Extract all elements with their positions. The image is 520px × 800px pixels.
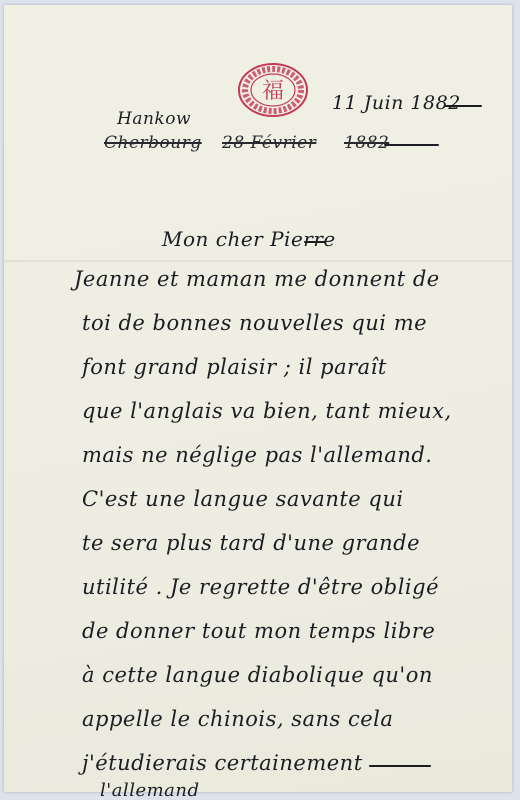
body-line: te sera plus tard d'une grande bbox=[82, 531, 420, 555]
struck-place: Cherbourg bbox=[104, 133, 202, 153]
body-line: C'est une langue savante qui bbox=[82, 487, 404, 511]
body-line: de donner tout mon temps libre bbox=[82, 619, 435, 643]
line-flourish bbox=[369, 765, 431, 767]
body-line: l'allemand bbox=[100, 780, 200, 800]
body-line: font grand plaisir ; il paraît bbox=[82, 355, 387, 379]
svg-text:福: 福 bbox=[262, 79, 284, 104]
body-line: que l'anglais va bien, tant mieux, bbox=[82, 399, 452, 423]
body-line: j'étudierais certainement bbox=[82, 751, 363, 775]
letter-date: 11 Juin 1882 bbox=[332, 92, 461, 114]
body-line: toi de bonnes nouvelles qui me bbox=[82, 311, 427, 335]
salutation: Mon cher Pierre bbox=[162, 227, 336, 251]
body-line: à cette langue diabolique qu'on bbox=[82, 663, 433, 687]
body-line: Jeanne et maman me donnent de bbox=[74, 267, 440, 291]
struck-flourish bbox=[384, 144, 439, 146]
body-line: appelle le chinois, sans cela bbox=[82, 707, 393, 731]
body-line: utilité . Je regrette d'être obligé bbox=[82, 575, 439, 599]
letter-place: Hankow bbox=[117, 109, 191, 129]
struck-date: 28 Février bbox=[222, 133, 316, 153]
letter-page: 福 Hankow 11 Juin 1882 Cherbourg 28 Févri… bbox=[4, 5, 512, 792]
struck-year: 1882 bbox=[344, 133, 389, 153]
date-flourish bbox=[444, 105, 482, 107]
seal-fu-icon: 福 bbox=[237, 62, 309, 118]
salutation-flourish bbox=[304, 241, 326, 243]
body-line: mais ne néglige pas l'allemand. bbox=[82, 443, 432, 467]
